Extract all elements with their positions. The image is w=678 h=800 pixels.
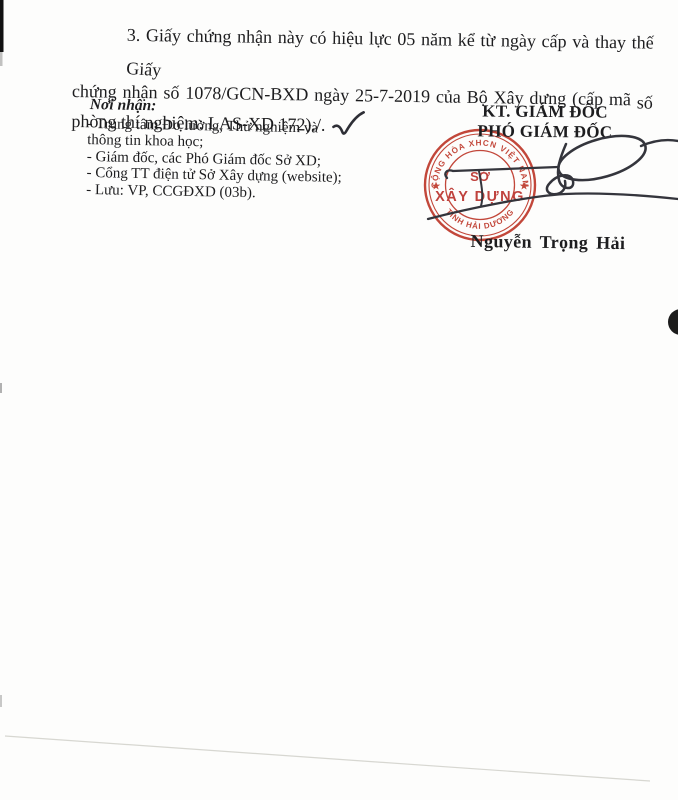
signature-titles: KT. GIÁM ĐỐC PHÓ GIÁM ĐỐC: [450, 101, 640, 142]
stamp-inner-circle: [446, 151, 515, 220]
signer-title-line2: PHÓ GIÁM ĐỐC: [450, 121, 640, 142]
scanner-edge-artifact: [0, 0, 4, 52]
scanner-edge-speck: [0, 383, 2, 393]
recipient-item: - Trung tâm Đo lường, Thử nghiệm và thôn…: [87, 115, 352, 153]
signer-title-line1: KT. GIÁM ĐỐC: [450, 101, 640, 122]
stamp-center-line1: SỞ: [470, 169, 491, 184]
scanner-edge-speck: [0, 695, 2, 707]
punch-hole-mark: [668, 309, 678, 335]
scanned-document-page: CỘNG HÒA XHCN VIỆT NAM TỈNH HẢI DƯƠNG ★ …: [0, 0, 678, 800]
paragraph-line-1-tail: Giấy: [125, 54, 162, 84]
scanner-edge-fade: [0, 52, 3, 66]
stamp-center-line2: XÂY DỰNG: [435, 187, 525, 205]
recipients-block: Nơi nhận: - Trung tâm Đo lường, Thử nghi…: [86, 97, 352, 203]
signer-name: Nguyễn Trọng Hải: [452, 231, 644, 255]
scan-crease-line: [5, 736, 650, 781]
paragraph-line-1-text: 3. Giấy chứng nhận này có hiệu lực 05 nă…: [127, 25, 654, 53]
paragraph-line-1: 3. Giấy chứng nhận này có hiệu lực 05 nă…: [72, 20, 654, 86]
stamp-rim-circle: [429, 134, 531, 236]
